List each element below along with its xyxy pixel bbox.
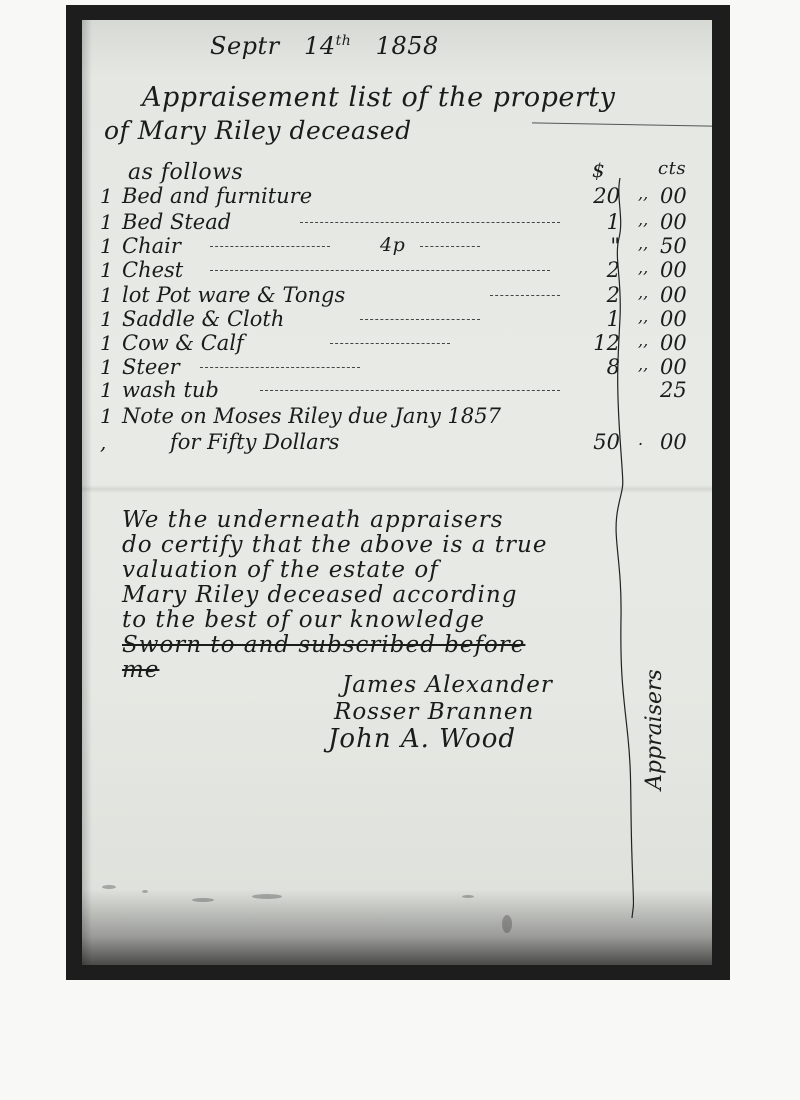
item-dollars: 50 — [570, 430, 620, 454]
dash-leader — [210, 246, 330, 248]
list-item: 1 Chair 4p " ,, 50 — [100, 234, 710, 260]
dash-leader — [490, 295, 560, 297]
item-note: 4p — [380, 234, 405, 256]
item-dollars: 20 — [570, 184, 620, 208]
dash-leader — [360, 319, 480, 321]
item-continuation: for Fifty Dollars — [170, 430, 339, 454]
item-cents: 00 — [660, 307, 687, 331]
dash-leader — [300, 222, 560, 224]
intro-text: as follows — [128, 160, 243, 185]
item-cents: 00 — [660, 184, 687, 208]
list-item: 1 Cow & Calf 12 ,, 00 — [100, 331, 710, 357]
item-qty: 1 — [100, 234, 116, 258]
struck-certification-line: Sworn to and subscribed before — [122, 633, 547, 658]
signature: James Alexander — [342, 672, 553, 699]
signature: Rosser Brannen — [334, 699, 553, 726]
item-separator: ,, — [638, 184, 648, 203]
item-qty: 1 — [100, 258, 116, 282]
list-item: 1 Bed and furniture 20 ,, 00 — [100, 184, 710, 210]
list-item-continuation: , for Fifty Dollars 50 . 00 — [100, 430, 710, 456]
margin-label-appraisers: Appraisers — [642, 669, 667, 790]
item-qty-mark: , — [100, 430, 116, 454]
item-qty: 1 — [100, 184, 116, 208]
item-separator: ,, — [638, 258, 648, 277]
document-date: Septr 14th 1858 — [210, 32, 439, 60]
item-cents: 25 — [660, 378, 687, 402]
item-cents: 00 — [660, 331, 687, 355]
dash-leader — [200, 367, 360, 369]
item-description: wash tub — [122, 378, 219, 402]
item-separator: ,, — [638, 307, 648, 326]
date-suffix: th — [336, 33, 352, 49]
dash-leader — [210, 270, 550, 272]
list-item: 1 Saddle & Cloth 1 ,, 00 — [100, 307, 710, 333]
date-month: Septr — [210, 32, 280, 60]
document-subject: of Mary Riley deceased — [104, 116, 412, 145]
document-paper: Septr 14th 1858 Appraisement list of the… — [82, 20, 712, 965]
list-item: 1 Bed Stead 1 ,, 00 — [100, 210, 710, 236]
item-qty: 1 — [100, 404, 116, 428]
item-separator: ,, — [638, 210, 648, 229]
list-item: 1 Chest 2 ,, 00 — [100, 258, 710, 284]
item-separator: ,, — [638, 331, 648, 350]
item-cents: 00 — [660, 430, 687, 454]
item-separator: ,, — [638, 355, 648, 374]
item-qty: 1 — [100, 378, 116, 402]
date-year: 1858 — [376, 32, 439, 60]
list-item: 1 lot Pot ware & Tongs 2 ,, 00 — [100, 283, 710, 309]
signature-block: James Alexander Rosser Brannen John A. W… — [342, 672, 553, 753]
certification-line: do certify that the above is a true — [122, 533, 547, 558]
item-dollars: 1 — [570, 210, 620, 234]
item-cents: 00 — [660, 210, 687, 234]
item-separator: ,, — [638, 234, 648, 253]
item-cents: 00 — [660, 258, 687, 282]
item-dollars: 1 — [570, 307, 620, 331]
item-qty: 1 — [100, 307, 116, 331]
item-cents: 50 — [660, 234, 687, 258]
item-dollars: 8 — [570, 355, 620, 379]
item-description: lot Pot ware & Tongs — [122, 283, 345, 307]
scanned-page: Septr 14th 1858 Appraisement list of the… — [0, 0, 800, 1100]
item-separator: . — [638, 430, 643, 449]
column-header-dollars: $ — [592, 158, 605, 182]
item-cents: 00 — [660, 355, 687, 379]
item-qty: 1 — [100, 355, 116, 379]
certification-line: We the underneath appraisers — [122, 508, 547, 533]
signature: John A. Wood — [328, 726, 553, 753]
item-description: Bed Stead — [122, 210, 231, 234]
date-day: 14 — [304, 32, 336, 60]
dash-leader — [260, 390, 560, 392]
document-title: Appraisement list of the property — [142, 82, 615, 113]
list-item: 1 wash tub 25 — [100, 378, 710, 404]
item-dollars: 2 — [570, 283, 620, 307]
item-description: Chair — [122, 234, 181, 258]
subject-rule — [532, 122, 712, 126]
certification-line: valuation of the estate of — [122, 558, 547, 583]
certification-line: to the best of our knowledge — [122, 608, 547, 633]
column-header-cents: cts — [658, 158, 686, 179]
item-qty: 1 — [100, 283, 116, 307]
item-description: Steer — [122, 355, 180, 379]
item-separator: ,, — [638, 283, 648, 302]
item-description: Cow & Calf — [122, 331, 244, 355]
item-description: Note on Moses Riley due Jany 1857 — [122, 404, 501, 428]
certification-block: We the underneath appraisers do certify … — [122, 508, 547, 683]
item-qty: 1 — [100, 331, 116, 355]
dash-leader — [330, 343, 450, 345]
item-description: Chest — [122, 258, 183, 282]
dash-leader — [420, 246, 480, 248]
item-description: Bed and furniture — [122, 184, 312, 208]
item-dollars: 12 — [570, 331, 620, 355]
item-qty: 1 — [100, 210, 116, 234]
certification-line: Mary Riley deceased according — [122, 583, 547, 608]
item-dollars: 2 — [570, 258, 620, 282]
item-cents: 00 — [660, 283, 687, 307]
item-dollars: " — [570, 234, 620, 258]
list-item: 1 Note on Moses Riley due Jany 1857 — [100, 404, 710, 430]
item-description: Saddle & Cloth — [122, 307, 284, 331]
